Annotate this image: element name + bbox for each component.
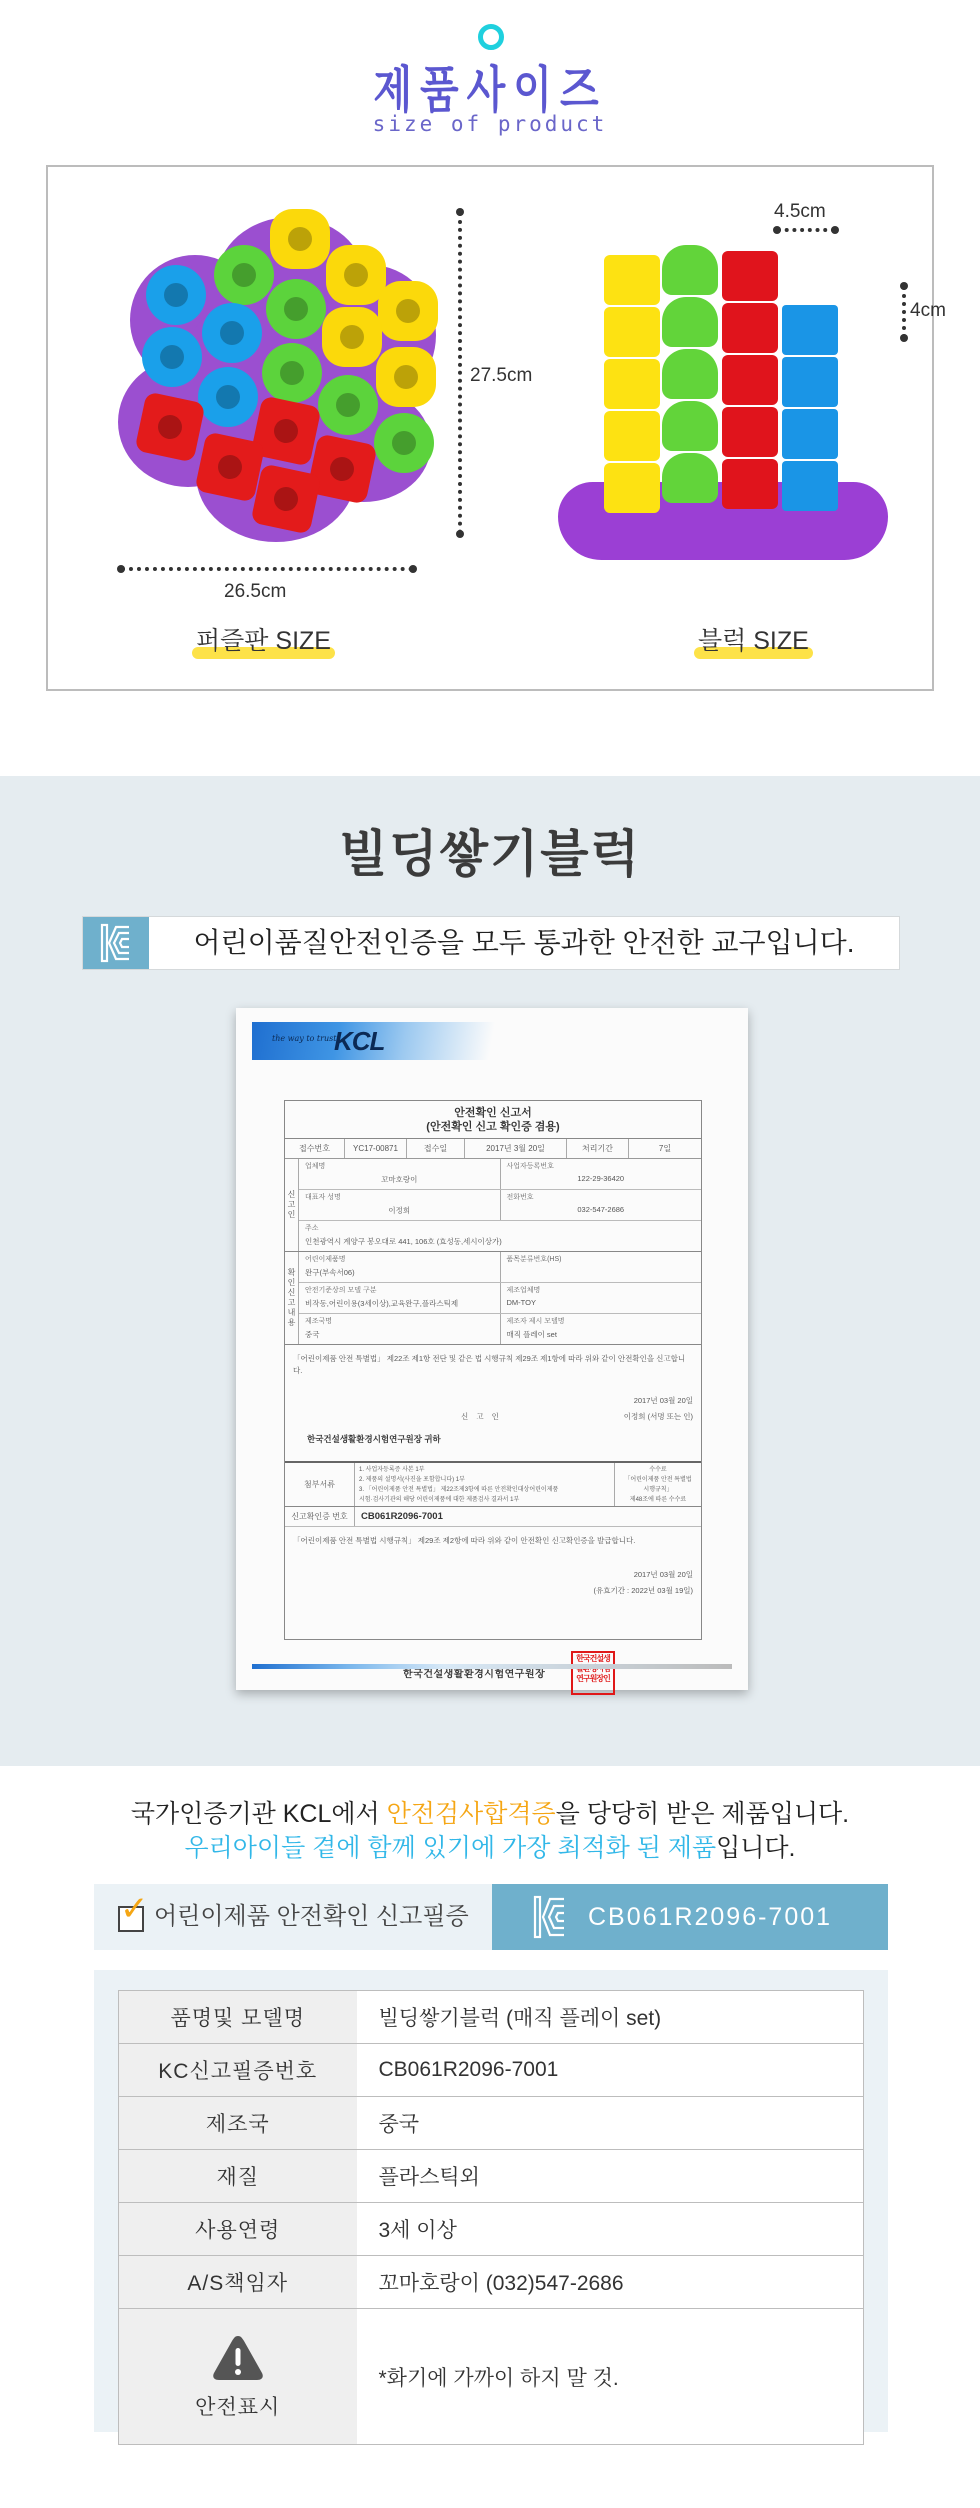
kc-banner: 어린이품질안전인증을 모두 통과한 안전한 교구입니다.: [82, 916, 900, 970]
processing-period: 7일: [629, 1139, 701, 1158]
receipt-row: 접수번호 YC17-00871 접수일 2017년 3월 20일 처리기간 7일: [285, 1139, 701, 1159]
info-line-2: 우리아이들 곁에 함께 있기에 가장 최적화 된 제품입니다.: [0, 1828, 980, 1864]
safety-warning-text: *화기에 가까이 하지 말 것.: [357, 2309, 864, 2445]
width-dimension-line: [121, 567, 413, 571]
official-seal-icon: 한국건설생활환경시험연구원장인: [571, 1651, 615, 1695]
red-block-stack: [722, 251, 778, 511]
block-height-label: 4cm: [910, 300, 946, 322]
receipt-number: YC17-00871: [345, 1139, 407, 1158]
height-dimension-line: [458, 212, 462, 534]
size-subtitle: size of product: [0, 112, 980, 136]
kcl-logo: KCL: [334, 1026, 384, 1057]
product-detail-page: 제품사이즈 size of product: [0, 0, 980, 2508]
checkmark-icon: ✓: [120, 1892, 149, 1926]
spec-table-wrapper: 품명및 모델명빌딩쌓기블럭 (매직 플레이 set) KC신고필증번호CB061…: [94, 1970, 888, 2432]
block-height-line: [902, 286, 906, 338]
receipt-date: 2017년 3월 20일: [465, 1139, 567, 1158]
size-section: 제품사이즈 size of product: [0, 0, 980, 776]
blue-block-stack: [782, 305, 838, 513]
kc-bar-label: 어린이제품 안전확인 신고필증: [154, 1884, 469, 1950]
block-size-caption: 블럭 SIZE: [698, 621, 809, 657]
info-section: 국가인증기관 KCL에서 안전검사합격증을 당당히 받은 제품입니다. 우리아이…: [0, 1766, 980, 2508]
cert-number-row: 신고확인증 번호 CB061R2096-7001: [285, 1507, 701, 1527]
table-row-safety: 안전표시 *화기에 가까이 하지 말 것.: [119, 2309, 864, 2445]
table-row: 제조국중국: [119, 2097, 864, 2150]
declarant-group: 신고인 업체명꼬마호랑이 사업자등록번호122-29-36420 대표자 성명이…: [285, 1159, 701, 1252]
board-size-caption: 퍼즐판 SIZE: [196, 621, 331, 657]
certification-section: 빌딩쌓기블럭 어린이품질안전인증을 모두 통과한 안전한 교구입니다. the …: [0, 776, 980, 1766]
ring-icon: [478, 24, 504, 50]
puzzle-board-image: [116, 207, 436, 537]
table-row: KC신고필증번호CB061R2096-7001: [119, 2044, 864, 2097]
warning-triangle-icon: [211, 2333, 265, 2383]
issuer-name: 한국건설생활환경시험연구원장: [403, 1669, 545, 1681]
kc-mark-icon: [83, 917, 149, 969]
spec-table: 품명및 모델명빌딩쌓기블럭 (매직 플레이 set) KC신고필증번호CB061…: [118, 1990, 864, 2445]
block-width-line: [777, 228, 835, 232]
form-title: 안전확인 신고서 (안전확인 신고 확인증 겸용): [285, 1101, 701, 1139]
table-row: 사용연령3세 이상: [119, 2203, 864, 2256]
kc-banner-text: 어린이품질안전인증을 모두 통과한 안전한 교구입니다.: [149, 917, 899, 969]
cert-number: CB061R2096-7001: [355, 1507, 443, 1526]
size-panel: 27.5cm 26.5cm 퍼즐판 SIZE 4.5cm 4cm 블럭 SIZE: [46, 165, 934, 691]
info-line-1: 국가인증기관 KCL에서 안전검사합격증을 당당히 받은 제품입니다.: [0, 1794, 980, 1830]
safety-certificate-document: the way to trust KCL 안전확인 신고서 (안전확인 신고 확…: [236, 1008, 748, 1690]
kc-mark-icon: [532, 1894, 568, 1940]
attachments-row: 첨부서류 1. 사업자등록증 사본 1부 2. 제품의 설명서(사진을 포함합니…: [285, 1463, 701, 1507]
table-row: 품명및 모델명빌딩쌓기블럭 (매직 플레이 set): [119, 1991, 864, 2044]
kc-certificate-bar: ✓ 어린이제품 안전확인 신고필증 CB061R2096-7001: [94, 1884, 888, 1950]
yellow-block-stack: [604, 255, 660, 515]
block-width-label: 4.5cm: [774, 201, 826, 223]
board-height-label: 27.5cm: [470, 365, 532, 387]
table-row: 재질플라스틱외: [119, 2150, 864, 2203]
board-width-label: 26.5cm: [224, 581, 286, 603]
doc-footer-bar: [252, 1664, 732, 1669]
kc-bar-number: CB061R2096-7001: [588, 1884, 832, 1950]
issue-block: 「어린이제품 안전 특별법 시행규칙」 제29조 제2항에 따라 위와 같이 안…: [285, 1527, 701, 1725]
content-group: 확인신고내용 어린이제품명완구(부속서06) 품목분류번호(HS) 안전기준상의…: [285, 1252, 701, 1345]
table-row: A/S책임자꼬마호랑이 (032)547-2686: [119, 2256, 864, 2309]
declaration-block: 「어린이제품 안전 특별법」 제22조 제1항 전단 및 같은 법 시행규칙 제…: [285, 1345, 701, 1463]
product-title: 빌딩쌓기블럭: [0, 814, 980, 886]
safety-label: 안전표시: [195, 2396, 280, 2419]
kcl-tagline: the way to trust: [272, 1034, 336, 1043]
certificate-form: 안전확인 신고서 (안전확인 신고 확인증 겸용) 접수번호 YC17-0087…: [284, 1100, 702, 1640]
green-block-stack: [662, 245, 718, 505]
kcl-header: the way to trust KCL: [252, 1022, 732, 1060]
